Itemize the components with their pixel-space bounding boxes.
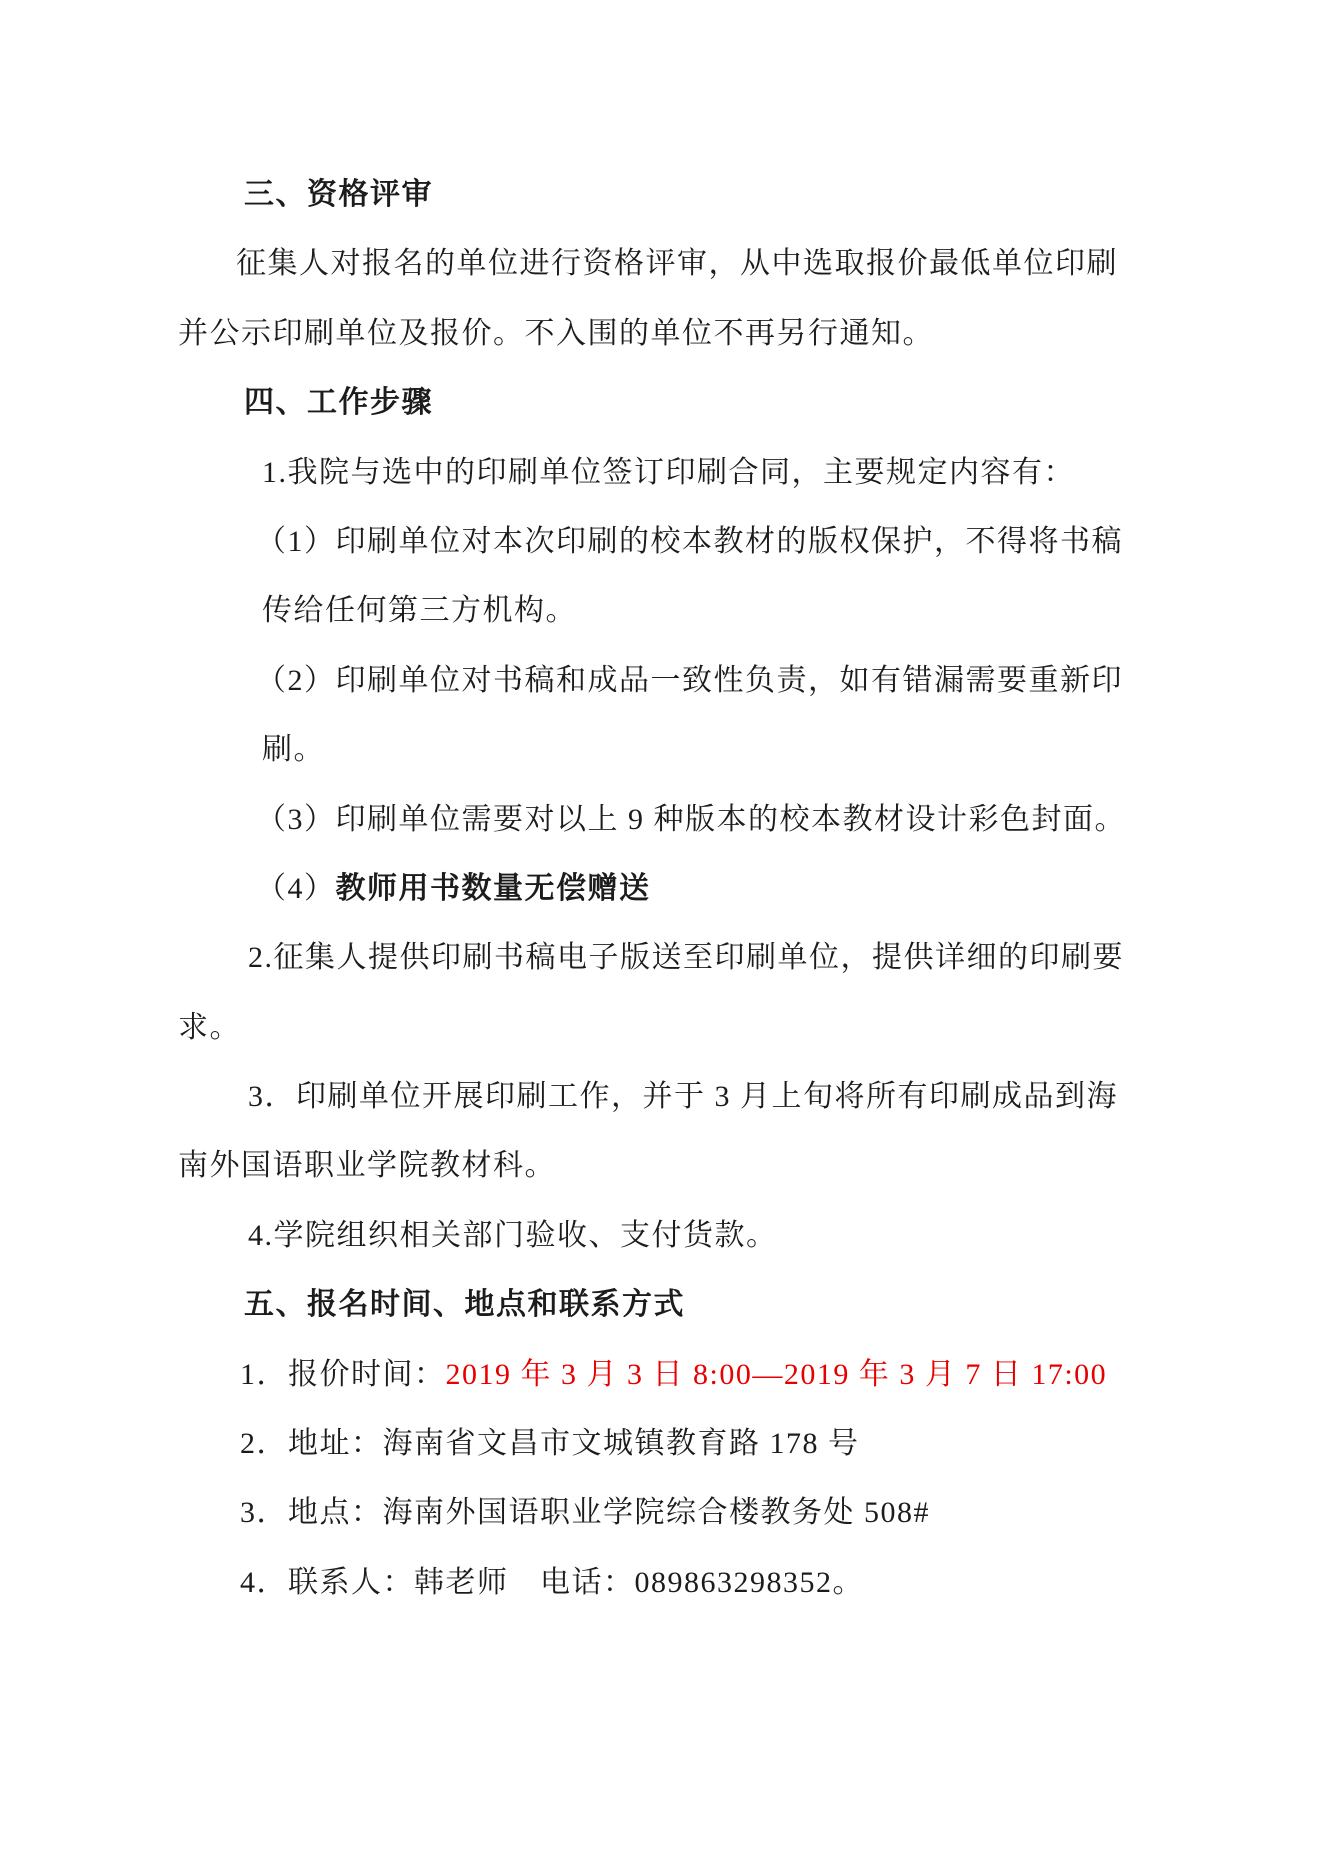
list-item-teacher-books: （4）教师用书数量无偿赠送 <box>178 854 1173 923</box>
list-item-continuation: 南外国语职业学院教材科。 <box>178 1131 1173 1200</box>
list-item-continuation: 刷。 <box>178 715 1173 784</box>
quote-time-red-text: 2019 年 3 月 3 日 8:00—2019 年 3 月 7 日 17:00 <box>446 1358 1108 1391</box>
section-heading: 五、报名时间、地点和联系方式 <box>178 1270 1173 1339</box>
body-line: 并公示印刷单位及报价。不入围的单位不再另行通知。 <box>178 299 1173 368</box>
section-contact-info: 五、报名时间、地点和联系方式 1．报价时间：2019 年 3 月 3 日 8:0… <box>178 1270 1173 1617</box>
list-item: （3）印刷单位需要对以上 9 种版本的校本教材设计彩色封面。 <box>178 785 1173 854</box>
list-item-label: 1．报价时间： <box>240 1358 446 1391</box>
list-item: 4.学院组织相关部门验收、支付货款。 <box>178 1201 1173 1270</box>
section-heading: 四、工作步骤 <box>178 368 1173 437</box>
list-item: （2）印刷单位对书稿和成品一致性负责，如有错漏需要重新印 <box>178 646 1173 715</box>
list-item-quote-time: 1．报价时间：2019 年 3 月 3 日 8:00—2019 年 3 月 7 … <box>178 1340 1173 1409</box>
list-item-location: 3．地点：海南外国语职业学院综合楼教务处 508# <box>178 1478 1173 1547</box>
section-heading: 三、资格评审 <box>178 160 1173 229</box>
list-item: 3．印刷单位开展印刷工作，并于 3 月上旬将所有印刷成品到海 <box>178 1062 1173 1131</box>
list-item-contact-person: 4．联系人：韩老师 电话：089863298352。 <box>178 1548 1173 1617</box>
list-item-continuation: 传给任何第三方机构。 <box>178 576 1173 645</box>
list-item: 1.我院与选中的印刷单位签订印刷合同，主要规定内容有： <box>178 438 1173 507</box>
section-work-steps: 四、工作步骤 1.我院与选中的印刷单位签订印刷合同，主要规定内容有： （1）印刷… <box>178 368 1173 1270</box>
body-line: 征集人对报名的单位进行资格评审，从中选取报价最低单位印刷 <box>178 229 1173 298</box>
document-page: 三、资格评审 征集人对报名的单位进行资格评审，从中选取报价最低单位印刷 并公示印… <box>0 0 1323 1871</box>
list-item-address: 2．地址：海南省文昌市文城镇教育路 178 号 <box>178 1409 1173 1478</box>
list-item-bold-text: 教师用书数量无偿赠送 <box>336 872 651 905</box>
list-item: （1）印刷单位对本次印刷的校本教材的版权保护，不得将书稿 <box>178 507 1173 576</box>
list-item-continuation: 求。 <box>178 993 1173 1062</box>
list-item: 2.征集人提供印刷书稿电子版送至印刷单位，提供详细的印刷要 <box>178 923 1173 992</box>
section-qualification-review: 三、资格评审 征集人对报名的单位进行资格评审，从中选取报价最低单位印刷 并公示印… <box>178 160 1173 368</box>
list-item-number: （4） <box>256 872 336 905</box>
document-content: 三、资格评审 征集人对报名的单位进行资格评审，从中选取报价最低单位印刷 并公示印… <box>178 160 1173 1617</box>
